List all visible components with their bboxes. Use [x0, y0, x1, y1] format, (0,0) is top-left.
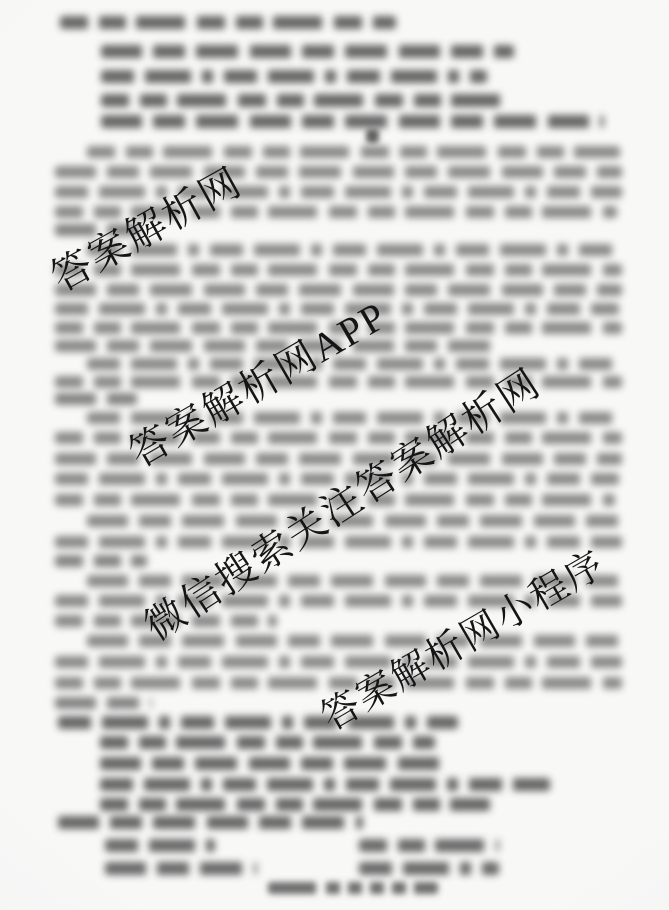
watermark-text: 答案解析网小程序: [316, 545, 612, 738]
watermark-text: 答案解析网APP: [123, 295, 394, 474]
watermark-layer: 答案解析网答案解析网APP微信搜索关注答案解析网答案解析网小程序: [0, 0, 669, 910]
document-page: 答案解析网答案解析网APP微信搜索关注答案解析网答案解析网小程序: [0, 0, 669, 910]
watermark-text: 答案解析网: [45, 162, 248, 299]
